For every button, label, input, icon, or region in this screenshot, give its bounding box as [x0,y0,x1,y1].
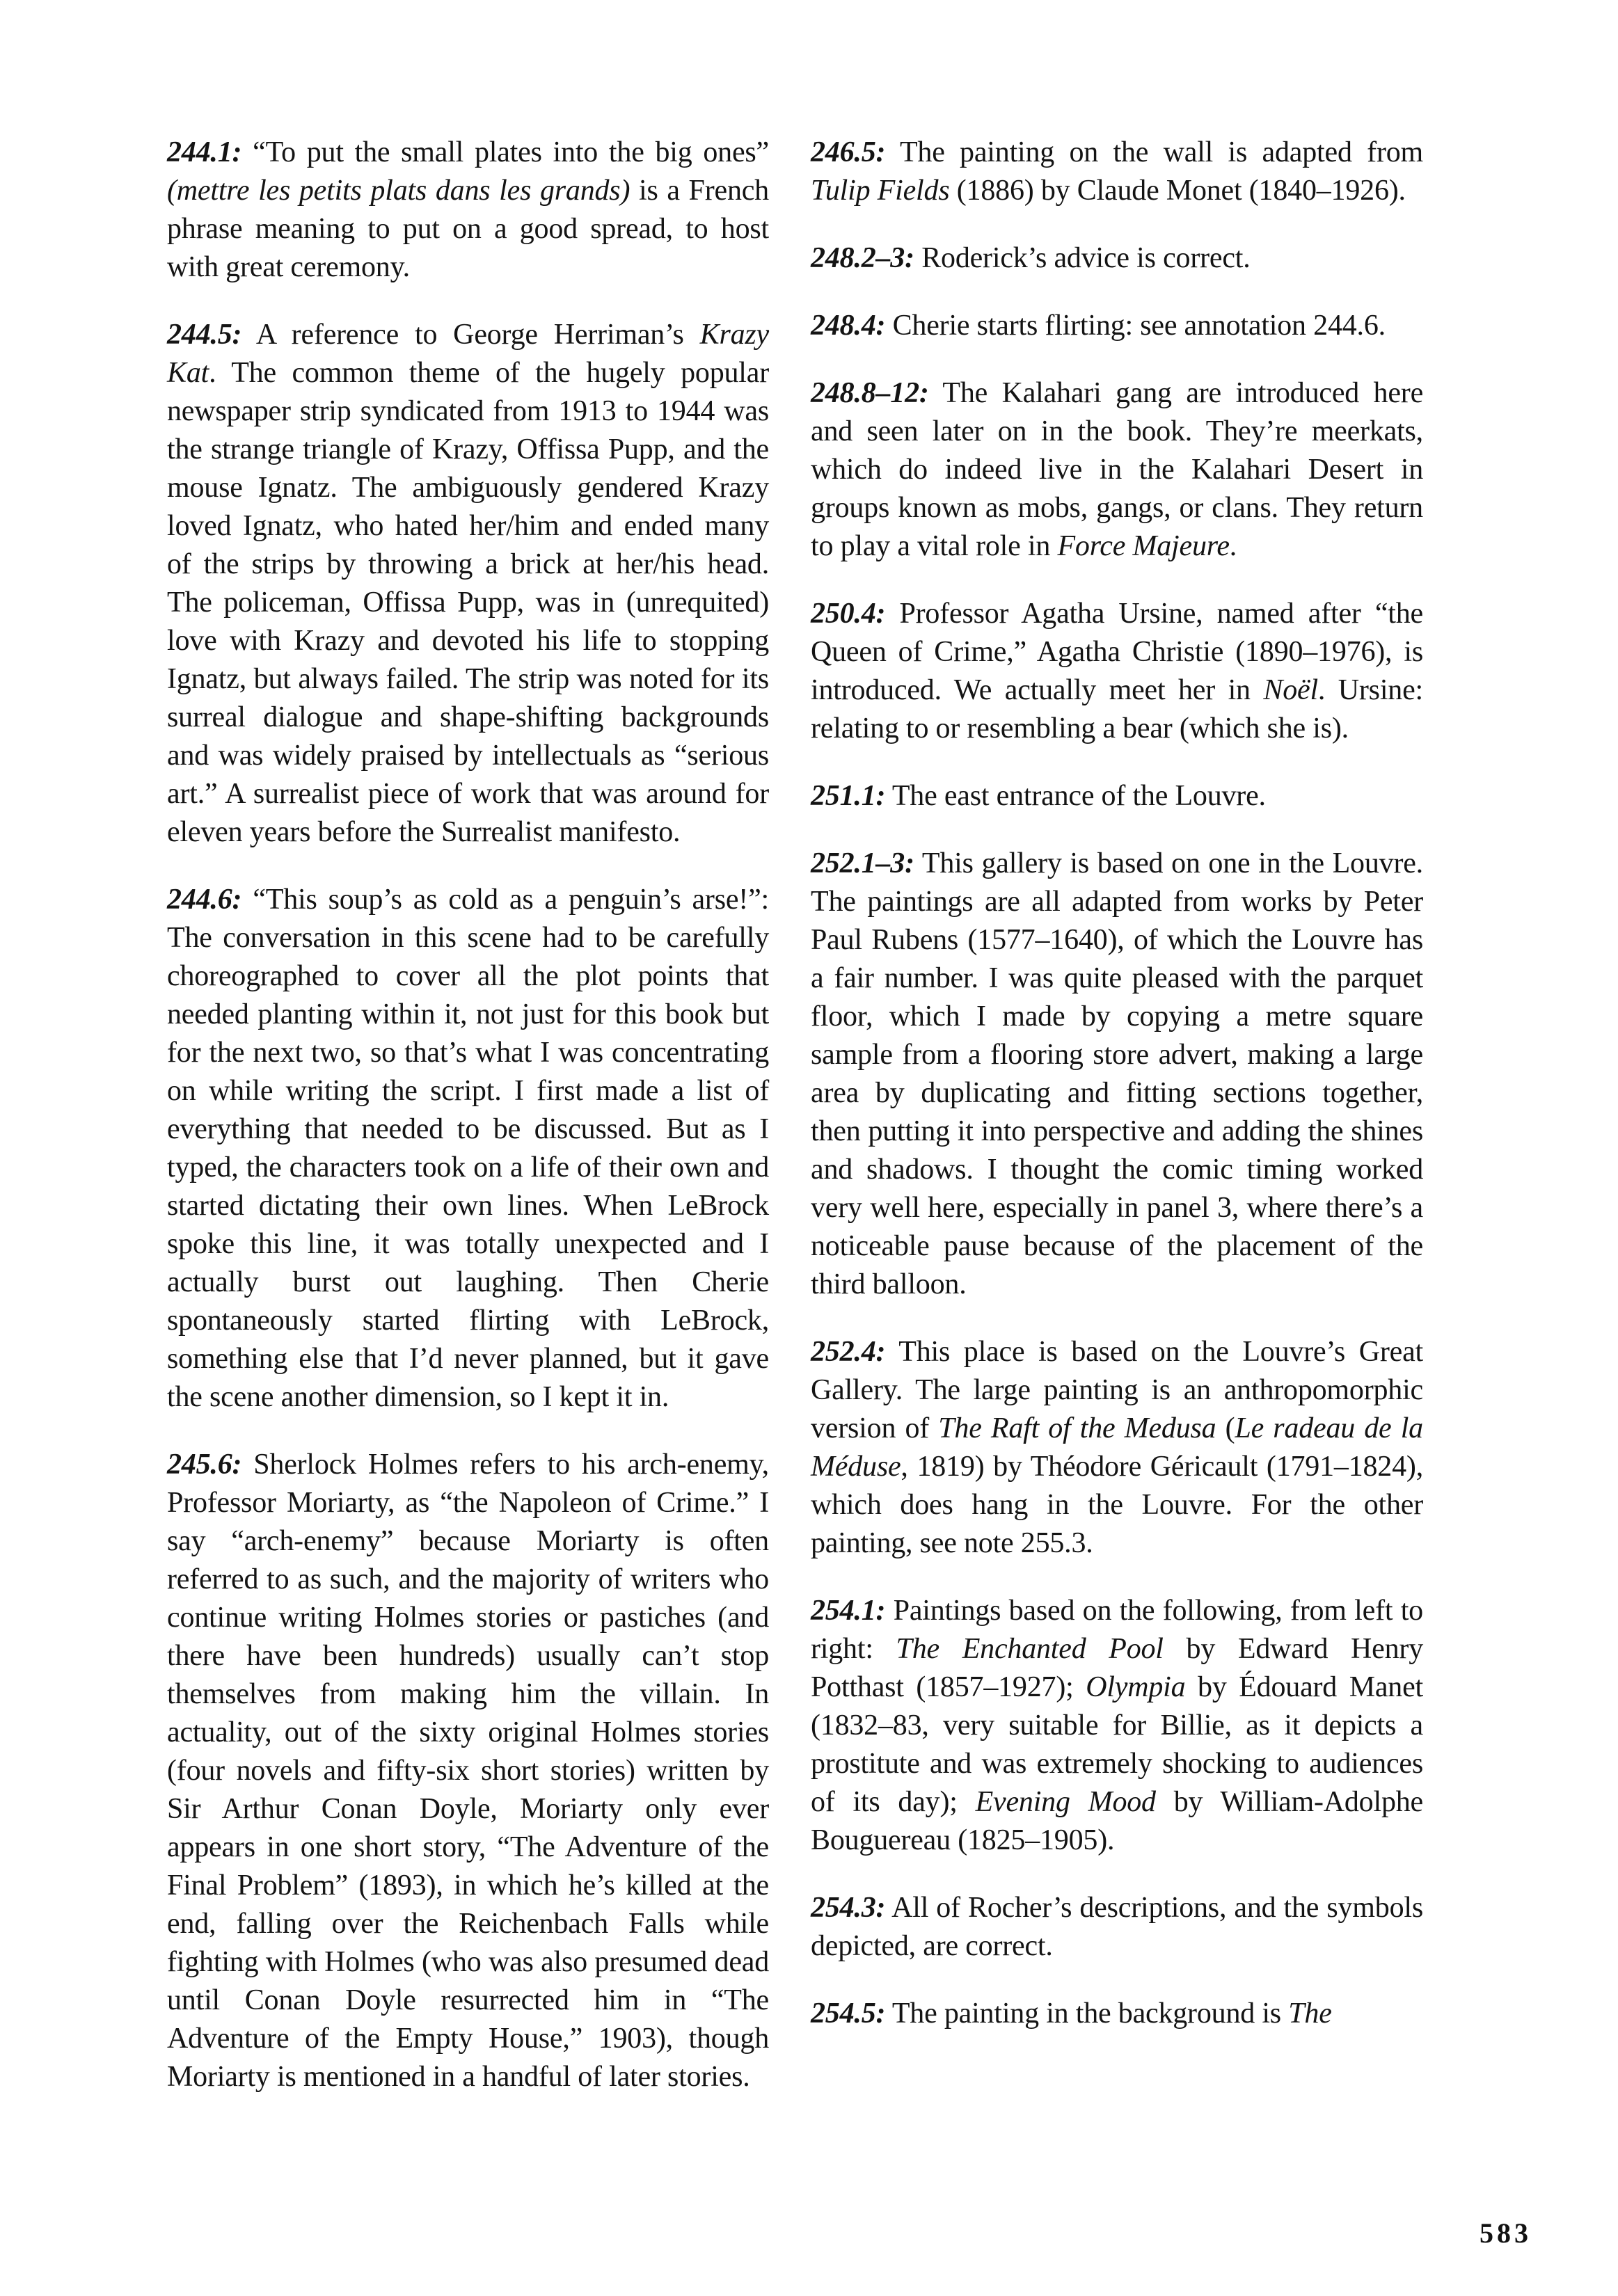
annotation-entry: 244.5: A reference to George Herriman’s … [167,316,769,852]
annotation-entry: 250.4: Professor Agatha Ursine, named af… [811,595,1423,748]
annotation-text-run: ( [1216,1412,1235,1444]
annotation-number: 254.3: [811,1892,885,1924]
annotation-number: 254.5: [811,1998,885,2030]
annotation-text-run: The Enchanted Pool [896,1633,1164,1665]
annotation-number: 252.4: [811,1336,885,1368]
annotation-entry: 251.1: The east entrance of the Louvre. [811,777,1423,815]
annotation-text-run: The Raft of the Medusa [938,1412,1216,1444]
annotation-entry: 248.4: Cherie starts flirting: see annot… [811,307,1423,345]
book-page: 244.1: “To put the small plates into the… [0,0,1618,2296]
annotation-number: 251.1: [811,780,885,812]
annotation-text-run: Noël [1263,674,1318,706]
annotation-text-run: Roderick’s advice is correct. [921,242,1250,274]
annotation-text-run: Cherie starts flirting: see annotation 2… [893,310,1386,342]
annotation-entry: 254.5: The painting in the background is… [811,1995,1423,2033]
annotation-text-run: , 1819) by Théodore Géricault (1791–1824… [811,1451,1423,1559]
annotation-text-run: Sherlock Holmes refers to his arch-enemy… [167,1449,769,2093]
annotation-entry: 252.1–3: This gallery is based on one in… [811,845,1423,1304]
annotations-column-left: 244.1: “To put the small plates into the… [167,134,769,2096]
annotation-entry: 252.4: This place is based on the Louvre… [811,1333,1423,1563]
annotation-number: 252.1–3: [811,847,914,879]
annotation-number: 254.1: [811,1595,885,1627]
annotation-entry: 248.2–3: Roderick’s advice is correct. [811,239,1423,278]
annotation-entry: 244.6: “This soup’s as cold as a penguin… [167,881,769,1417]
annotation-text-run: Olympia [1086,1671,1185,1703]
annotation-entry: 254.3: All of Rocher’s descriptions, and… [811,1889,1423,1966]
annotation-text-run: (1886) by Claude Monet (1840–1926). [949,175,1405,207]
annotation-number: 244.1: [167,136,241,168]
annotation-entry: 248.8–12: The Kalahari gang are introduc… [811,374,1423,566]
annotation-text-run: The painting in the background is [892,1998,1288,2030]
annotation-number: 250.4: [811,598,885,630]
annotation-number: 244.5: [167,319,241,351]
annotation-entry: 244.1: “To put the small plates into the… [167,134,769,287]
page-number: 583 [1480,2217,1532,2249]
annotations-column-right: 246.5: The painting on the wall is adapt… [811,134,1423,2096]
annotation-entry: 246.5: The painting on the wall is adapt… [811,134,1423,210]
annotation-number: 248.4: [811,310,885,342]
annotation-text-run: “This soup’s as cold as a penguin’s arse… [167,884,769,1413]
annotation-number: 245.6: [167,1449,241,1481]
annotation-text-run: . The common theme of the hugely popular… [167,357,769,848]
annotation-text-run: Tulip Fields [811,175,949,207]
annotation-text-run: The east entrance of the Louvre. [892,780,1266,812]
annotation-text-run: Force Majeure [1057,530,1229,562]
annotation-text-run: (mettre les petits plats dans les grands… [167,175,630,207]
annotation-entry: 254.1: Paintings based on the following,… [811,1592,1423,1860]
annotation-text-run: This gallery is based on one in the Louv… [811,847,1423,1300]
annotation-number: 246.5: [811,136,885,168]
annotation-text-run: The [1288,1998,1331,2030]
annotation-number: 248.2–3: [811,242,914,274]
annotation-text-run: All of Rocher’s descriptions, and the sy… [811,1892,1423,1962]
annotation-number: 244.6: [167,884,241,916]
annotations-section: 244.1: “To put the small plates into the… [167,134,1423,2096]
annotation-text-run: Evening Mood [976,1786,1156,1818]
annotation-text-run: A reference to George Herriman’s [256,319,700,351]
annotation-text-run: “To put the small plates into the big on… [253,136,769,168]
annotation-number: 248.8–12: [811,377,929,409]
annotation-text-run: . [1230,530,1237,562]
annotation-text-run: The painting on the wall is adapted from [900,136,1423,168]
annotation-entry: 245.6: Sherlock Holmes refers to his arc… [167,1446,769,2096]
